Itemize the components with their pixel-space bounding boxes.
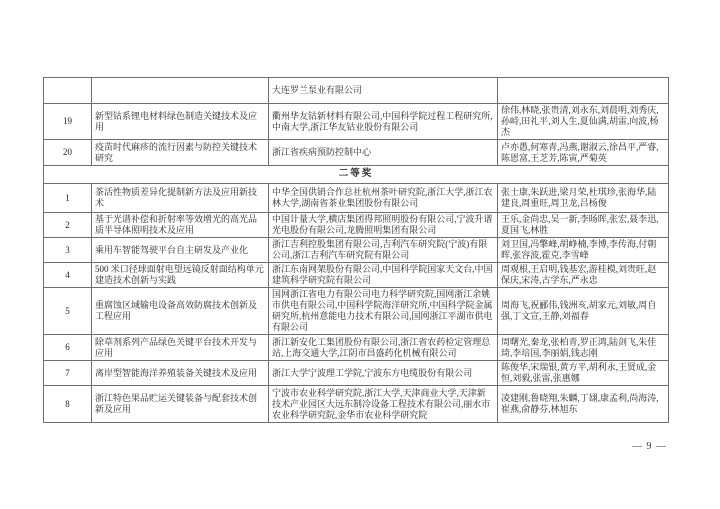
project-title-cell: 重腐蚀区域输电设备高效防腐技术创新及工程应用 <box>92 288 269 335</box>
project-title-cell: 500 米口径球面射电望远镜反射面结构单元建造技术创新与实践 <box>92 263 269 288</box>
rank-cell: 4 <box>44 263 92 288</box>
organizations-cell: 浙江东南网架股份有限公司,中国科学院国家天文台,中国建筑科学研究院有限公司 <box>269 263 498 288</box>
organizations-cell: 宁波市农业科学研究院,浙江大学,天津商业大学,天津新技术产业园区大远东制冷设备工… <box>269 386 498 423</box>
awardees-cell: 周曙光,秦龙,张柏青,罗正鸿,陆剑飞,朱佳琦,李培国,李丽娟,钱志刚 <box>498 335 669 361</box>
rank-cell: 6 <box>44 335 92 361</box>
section-header-label: 二等奖 <box>44 166 669 184</box>
organizations-cell: 中华全国供销合作总社杭州茶叶研究院,浙江大学,浙江农林大学,湖南省茶业集团股份有… <box>269 184 498 213</box>
organizations-cell: 衢州华友钴新材料有限公司,中国科学院过程工程研究所,中南大学,浙江华友钴业股份有… <box>269 104 498 140</box>
project-title-cell: 离岸型智能海洋养殖装备关键技术及应用 <box>92 361 269 386</box>
rank-cell: 5 <box>44 288 92 335</box>
table-row: 20 疫苗时代麻疹的流行因素与防控关键技术研究 浙江省疾病预防控制中心 卢亦愚,… <box>44 140 669 166</box>
awardees-cell: 刘卫国,冯擎峰,胡峥楠,李博,李传海,付朝晖,张容波,霍克,李雪峰 <box>498 238 669 263</box>
rank-cell: 1 <box>44 184 92 213</box>
table-row: 19 新型钴系锂电材料绿色制造关键技术及应用 衢州华友钴新材料有限公司,中国科学… <box>44 104 669 140</box>
organizations-cell: 浙江新安化工集团股份有限公司,浙江省农药检定管理总站,上海交通大学,江阴市昌盛药… <box>269 335 498 361</box>
rank-cell: 3 <box>44 238 92 263</box>
table-row: 大连罗兰泵业有限公司 <box>44 78 669 104</box>
rank-cell: 7 <box>44 361 92 386</box>
project-title-cell: 茶活性物质差异化提制新方法及应用新技术 <box>92 184 269 213</box>
organizations-cell: 中国计量大学,横店集团得邦照明股份有限公司,宁波升谱光电股份有限公司,龙腾照明集… <box>269 213 498 238</box>
project-title-cell: 新型钴系锂电材料绿色制造关键技术及应用 <box>92 104 269 140</box>
awardees-cell <box>498 78 669 104</box>
table-row: 4 500 米口径球面射电望远镜反射面结构单元建造技术创新与实践 浙江东南网架股… <box>44 263 669 288</box>
table-row: 2 基于光谱补偿和折射率等效增光的高光品质半导体照明技术及应用 中国计量大学,横… <box>44 213 669 238</box>
rank-cell: 19 <box>44 104 92 140</box>
page-number: — 9 — <box>632 441 667 452</box>
awardees-cell: 张士康,朱跃进,梁月荣,杜琪珍,张海华,陆建良,周重旺,周卫龙,吕杨俊 <box>498 184 669 213</box>
organizations-cell: 大连罗兰泵业有限公司 <box>269 78 498 104</box>
project-title-cell <box>92 78 269 104</box>
rank-cell: 8 <box>44 386 92 423</box>
table-row: 1 茶活性物质差异化提制新方法及应用新技术 中华全国供销合作总社杭州茶叶研究院,… <box>44 184 669 213</box>
awards-table: 大连罗兰泵业有限公司 19 新型钴系锂电材料绿色制造关键技术及应用 衢州华友钴新… <box>43 77 669 423</box>
table-row: 7 离岸型智能海洋养殖装备关键技术及应用 浙江大学宁波理工学院,宁波东方电缆股份… <box>44 361 669 386</box>
table-row: 6 除草剂系列产品绿色关键平台技术开发与应用 浙江新安化工集团股份有限公司,浙江… <box>44 335 669 361</box>
table-row: 3 乘用车智能驾驶平台自主研发及产业化 浙江吉利控股集团有限公司,吉利汽车研究院… <box>44 238 669 263</box>
organizations-cell: 浙江大学宁波理工学院,宁波东方电缆股份有限公司 <box>269 361 498 386</box>
awardees-cell: 徐伟,林晓,张贵清,刘永东,刘晨明,刘秀庆,孙峙,田礼平,刘人生,夏仙满,胡雷,… <box>498 104 669 140</box>
awardees-cell: 卢亦愚,何寒青,冯燕,谢淑云,徐昌平,严睿,陈恩富,王芝芳,陈寅,严菊英 <box>498 140 669 166</box>
awardees-cell: 王乐,金尚忠,吴一新,李旸晖,张宏,聂李迅,夏国飞,林胜 <box>498 213 669 238</box>
project-title-cell: 除草剂系列产品绿色关键平台技术开发与应用 <box>92 335 269 361</box>
document-page: 大连罗兰泵业有限公司 19 新型钴系锂电材料绿色制造关键技术及应用 衢州华友钴新… <box>0 0 720 509</box>
awardees-cell: 周观根,王启明,钱基宏,游桂模,刘贵旺,赵保庆,宋涛,古学东,严永忠 <box>498 263 669 288</box>
table-row: 8 浙江特色果品贮运关键装备与配套技术创新及应用 宁波市农业科学研究院,浙江大学… <box>44 386 669 423</box>
rank-cell: 2 <box>44 213 92 238</box>
section-header-row: 二等奖 <box>44 166 669 184</box>
rank-cell <box>44 78 92 104</box>
project-title-cell: 乘用车智能驾驶平台自主研发及产业化 <box>92 238 269 263</box>
project-title-cell: 基于光谱补偿和折射率等效增光的高光品质半导体照明技术及应用 <box>92 213 269 238</box>
table-row: 5 重腐蚀区域输电设备高效防腐技术创新及工程应用 国网浙江省电力有限公司电力科学… <box>44 288 669 335</box>
organizations-cell: 浙江省疾病预防控制中心 <box>269 140 498 166</box>
project-title-cell: 浙江特色果品贮运关键装备与配套技术创新及应用 <box>92 386 269 423</box>
rank-cell: 20 <box>44 140 92 166</box>
organizations-cell: 浙江吉利控股集团有限公司,吉利汽车研究院(宁波)有限公司,浙江吉利汽车研究院有限… <box>269 238 498 263</box>
awardees-cell: 周海飞,祝郦伟,钱洲亥,胡家元,刘敏,周自强,丁文宣,王静,刘福春 <box>498 288 669 335</box>
organizations-cell: 国网浙江省电力有限公司电力科学研究院,国网浙江余姚市供电有限公司,中国科学院海洋… <box>269 288 498 335</box>
awardees-cell: 凌建刚,鲁晓翔,朱麟,丁翃,康孟利,尚海涛,崔燕,俞静芬,林旭东 <box>498 386 669 423</box>
awardees-cell: 陈俊华,宋瑞银,黄方平,胡利永,王贤成,金恒,刘毅,张雷,张惠娜 <box>498 361 669 386</box>
project-title-cell: 疫苗时代麻疹的流行因素与防控关键技术研究 <box>92 140 269 166</box>
